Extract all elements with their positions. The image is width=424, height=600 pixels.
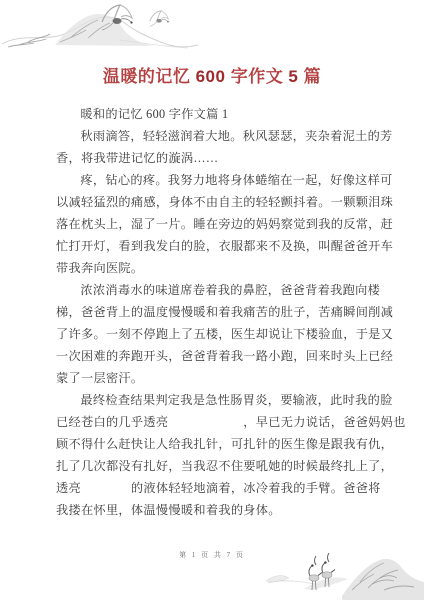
essay-body: 暖和的记忆 600 字作文篇 1秋雨滴答，轻轻滋润着大地。秋风瑟瑟，夹杂着泥土的… [56,103,396,521]
mountain-shape [342,559,424,600]
essay-line: 香，将我带进记忆的漩涡…… [56,147,396,169]
essay-line: 蒙了一层密汗。 [56,367,396,389]
essay-line: 秋雨滴答，轻轻滋润着大地。秋风瑟瑟，夹杂着泥土的芳 [56,125,396,147]
essay-paragraph: 秋雨滴答，轻轻滋润着大地。秋风瑟瑟，夹杂着泥土的芳香，将我带进记忆的漩涡…… [56,125,396,169]
page-title: 温暖的记忆 600 字作文 5 篇 [0,62,424,87]
essay-line: 浓浓消毒水的味道席卷着我的鼻腔，爸爸背着我跑向楼 [56,279,396,301]
mid-hill-shape [304,577,348,590]
essay-line: 落在枕头上，湿了一片。睡在旁边的妈妈察觉到我的反常，赶 [56,213,396,235]
far-hill-shape [266,576,289,582]
essay-line: 梯，爸爸背上的温度慢慢暖和着我痛苦的肚子，苦痛瞬间削减 [56,301,396,323]
title-part: 字作文 [225,67,288,86]
essay-paragraph: 最终检查结果判定我是急性肠胃炎，要输液，此时我的脸已经苍白的几乎透亮 ，早已无力… [56,389,396,521]
mountain-accent-strokes [372,576,414,590]
standing-crane-icon [309,556,322,590]
mountain-shape [55,14,152,46]
essay-line: 疼，钻心的疼。我努力地将身体蜷缩在一起，好像这样可 [56,169,396,191]
mountain-texture-strokes [60,20,110,42]
title-part: 600 [196,67,226,86]
title-part: 温暖的记忆 [103,67,196,86]
page-number-indicator: 第 1 页 共 7 页 [0,550,424,560]
essay-line: 顾不得什么赶快让人给我扎针，可扎针的医生像是跟我有仇， [56,433,396,455]
essay-line: 带我奔向医院。 [56,257,396,279]
essay-paragraph: 浓浓消毒水的味道席卷着我的鼻腔，爸爸背着我跑向楼梯，爸爸背上的温度慢慢暖和着我痛… [56,279,396,389]
title-part: 5 [288,67,298,86]
flying-cranes-decoration [96,2,180,38]
flying-crane-icon [150,11,169,27]
essay-line: 已经苍白的几乎透亮 ，早已无力说话，爸爸妈妈也 [56,411,396,433]
essay-line: 透亮 的液体轻轻地滴着，冰冷着我的手臂。爸爸将 [56,477,396,499]
essay-line: 暖和的记忆 600 字作文篇 1 [56,103,396,125]
ink-mountains-top-left-decoration [0,4,200,52]
essay-line: 最终检查结果判定我是急性肠胃炎，要输液，此时我的脸 [56,389,396,411]
essay-paragraph: 疼，钻心的疼。我努力地将身体蜷缩在一起，好像这样可以减轻猛烈的痛感，身体不由自主… [56,169,396,279]
essay-line: 了许多。一刻不停跑上了五楼，医生却说让下楼验血，于是又 [56,323,396,345]
mountain-base-wash [120,40,188,48]
mountain-ridge-line [2,17,198,47]
essay-line: 扎了几次都没有扎好，当我忍不住要吼她的时候最终扎上了， [56,455,396,477]
essay-line: 以减轻猛烈的痛感，身体不由自主的轻轻颤抖着。一颗颗泪珠 [56,191,396,213]
flying-crane-icon [102,5,133,30]
title-part: 篇 [298,67,321,86]
essay-line: 忙打开灯，看到我发白的脸，衣服都来不及换，叫醒爸爸开车 [56,235,396,257]
essay-line: 我搂在怀里，体温慢慢暖和着我的身体。 [56,499,396,521]
far-hill-line [268,581,320,585]
essay-line: 一次困难的奔跑开头，爸爸背着我一路小跑，回来时头上已经 [56,345,396,367]
essay-paragraph: 暖和的记忆 600 字作文篇 1 [56,103,396,125]
document-page: 温暖的记忆 600 字作文 5 篇 暖和的记忆 600 字作文篇 1秋雨滴答，轻… [0,0,424,600]
mountain-texture-strokes [352,563,398,590]
foothill-strokes [8,34,50,47]
